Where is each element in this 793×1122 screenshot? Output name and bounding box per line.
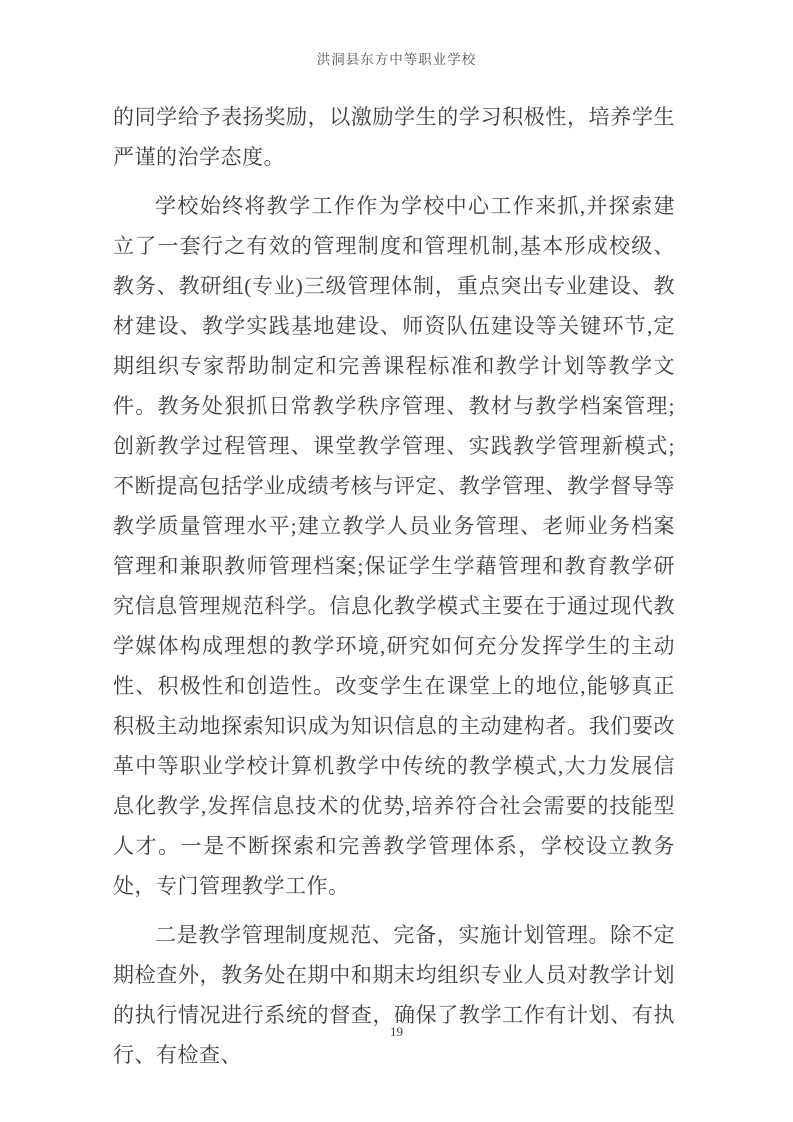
document-body: 的同学给予表扬奖励，以激励学生的学习积极性，培养学生严谨的治学态度。 学校始终将… xyxy=(113,97,675,1084)
paragraph-plan-management: 二是教学管理制度规范、完备，实施计划管理。除不定期检查外，教务处在期中和期末均组… xyxy=(113,915,675,1075)
page-number: 19 xyxy=(390,1024,403,1039)
paragraph-continuation: 的同学给予表扬奖励，以激励学生的学习积极性，培养学生严谨的治学态度。 xyxy=(113,97,675,177)
page-header: 洪洞县东方中等职业学校 xyxy=(0,48,793,68)
paragraph-teaching-management: 学校始终将教学工作作为学校中心工作来抓,并探索建立了一套行之有效的管理制度和管理… xyxy=(113,186,675,906)
header-school-name: 洪洞县东方中等职业学校 xyxy=(317,52,477,67)
document-page: 洪洞县东方中等职业学校 的同学给予表扬奖励，以激励学生的学习积极性，培养学生严谨… xyxy=(0,0,793,1122)
page-footer: 19 xyxy=(0,1024,793,1040)
